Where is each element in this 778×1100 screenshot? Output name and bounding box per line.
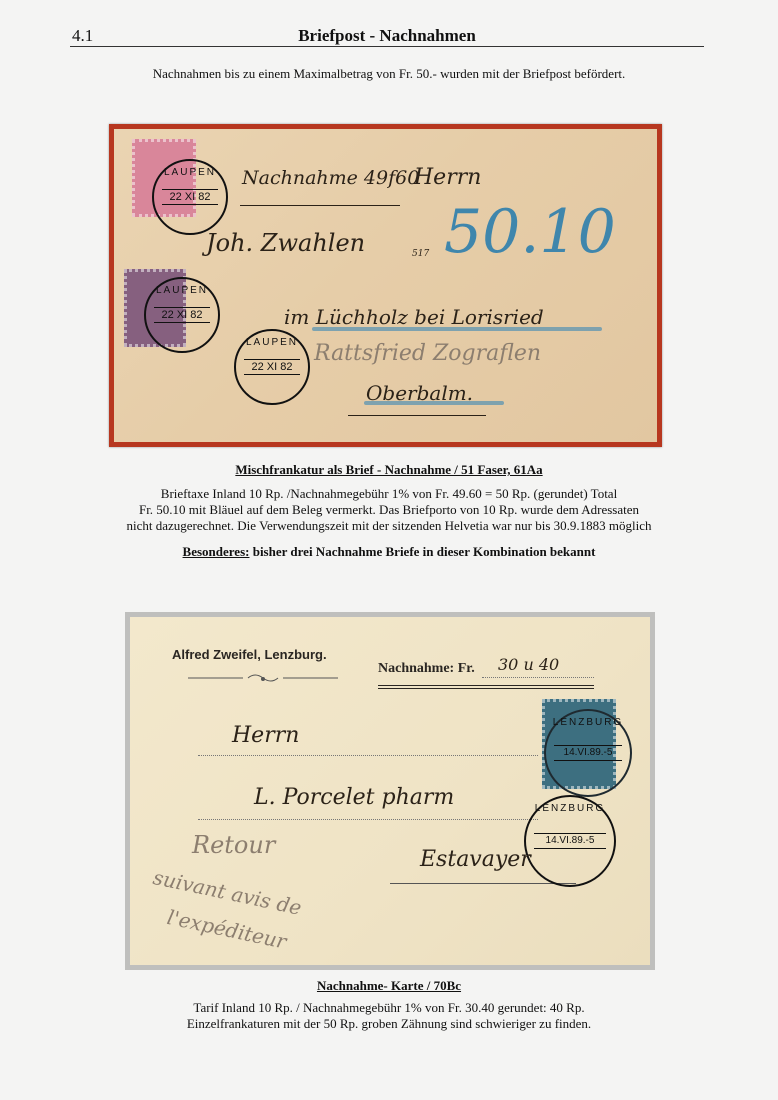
item1-description: Brieftaxe Inland 10 Rp. /Nachnahmegebühr…: [30, 486, 748, 534]
handwriting-retour-1: Retour: [192, 831, 275, 859]
card-image-frame: Alfred Zweifel, Lenzburg. Nachnahme: Fr.…: [125, 612, 655, 970]
page-header: 4.1 Briefpost - Nachnahmen: [70, 24, 704, 47]
handwriting-recipient: Joh. Zwahlen: [206, 229, 365, 257]
description-line: Tarif Inland 10 Rp. / Nachnahmegebühr 1%…: [30, 1000, 748, 1016]
double-rule: [378, 685, 594, 689]
handwriting-recipient: L. Porcelet pharm: [254, 785, 454, 810]
description-line: Einzelfrankaturen mit der 50 Rp. groben …: [30, 1016, 748, 1032]
handwriting-destination: Estavayer: [420, 847, 531, 872]
blue-strike: [312, 327, 602, 331]
handwriting-total: 50.10: [444, 197, 616, 267]
small-note: 517: [412, 249, 429, 259]
postmark: LAUPEN 22 XI 82: [152, 159, 228, 235]
handwriting-address-1: im Lüchholz bei Lorisried: [284, 305, 544, 329]
underline: [348, 415, 486, 416]
description-line: Brieftaxe Inland 10 Rp. /Nachnahmegebühr…: [30, 486, 748, 502]
ornament-icon: [188, 673, 338, 683]
underline: [240, 205, 400, 206]
item2-description: Tarif Inland 10 Rp. / Nachnahmegebühr 1%…: [30, 1000, 748, 1032]
item1-caption: Mischfrankatur als Brief - Nachnahme / 5…: [0, 462, 778, 478]
item1-note: Besonderes: bisher drei Nachnahme Briefe…: [0, 544, 778, 560]
address-line: [198, 755, 538, 756]
cover-image-frame: LAUPEN 22 XI 82 LAUPEN 22 XI 82 LAUPEN 2…: [109, 124, 662, 447]
item2-caption: Nachnahme- Karte / 70Bc: [0, 978, 778, 994]
description-line: nicht dazugerechnet. Die Verwendungszeit…: [30, 518, 748, 534]
blue-strike: [364, 401, 504, 405]
nachnahme-label: Nachnahme: Fr.: [378, 661, 475, 677]
intro-text: Nachnahmen bis zu einem Maximalbetrag vo…: [0, 66, 778, 82]
page-title: Briefpost - Nachnahmen: [70, 26, 704, 46]
postmark: LENZBURG 14.VI.89.-5: [544, 709, 632, 797]
dotted-line: [482, 677, 594, 678]
card-sender: Alfred Zweifel, Lenzburg.: [172, 647, 327, 662]
postmark: LAUPEN 22 XI 82: [234, 329, 310, 405]
description-line: Fr. 50.10 mit Bläuel auf dem Beleg verme…: [30, 502, 748, 518]
note-label: Besonderes:: [183, 544, 250, 559]
card-image: Alfred Zweifel, Lenzburg. Nachnahme: Fr.…: [130, 617, 650, 965]
handwriting-salutation: Herrn: [414, 165, 481, 190]
note-text: bisher drei Nachnahme Briefe in dieser K…: [249, 544, 595, 559]
nachnahme-amount: 30 u 40: [498, 655, 559, 674]
postmark: LAUPEN 22 XI 82: [144, 277, 220, 353]
postmark: LENZBURG 14.VI.89.-5: [524, 795, 616, 887]
handwriting-address-2: Rattsfried Zograflen: [314, 341, 541, 366]
envelope-image: LAUPEN 22 XI 82 LAUPEN 22 XI 82 LAUPEN 2…: [114, 129, 657, 442]
address-line: [390, 883, 576, 884]
handwriting-salutation: Herrn: [232, 723, 299, 748]
address-line: [198, 819, 538, 820]
handwriting-nachnahme: Nachnahme 49f60: [242, 167, 419, 189]
